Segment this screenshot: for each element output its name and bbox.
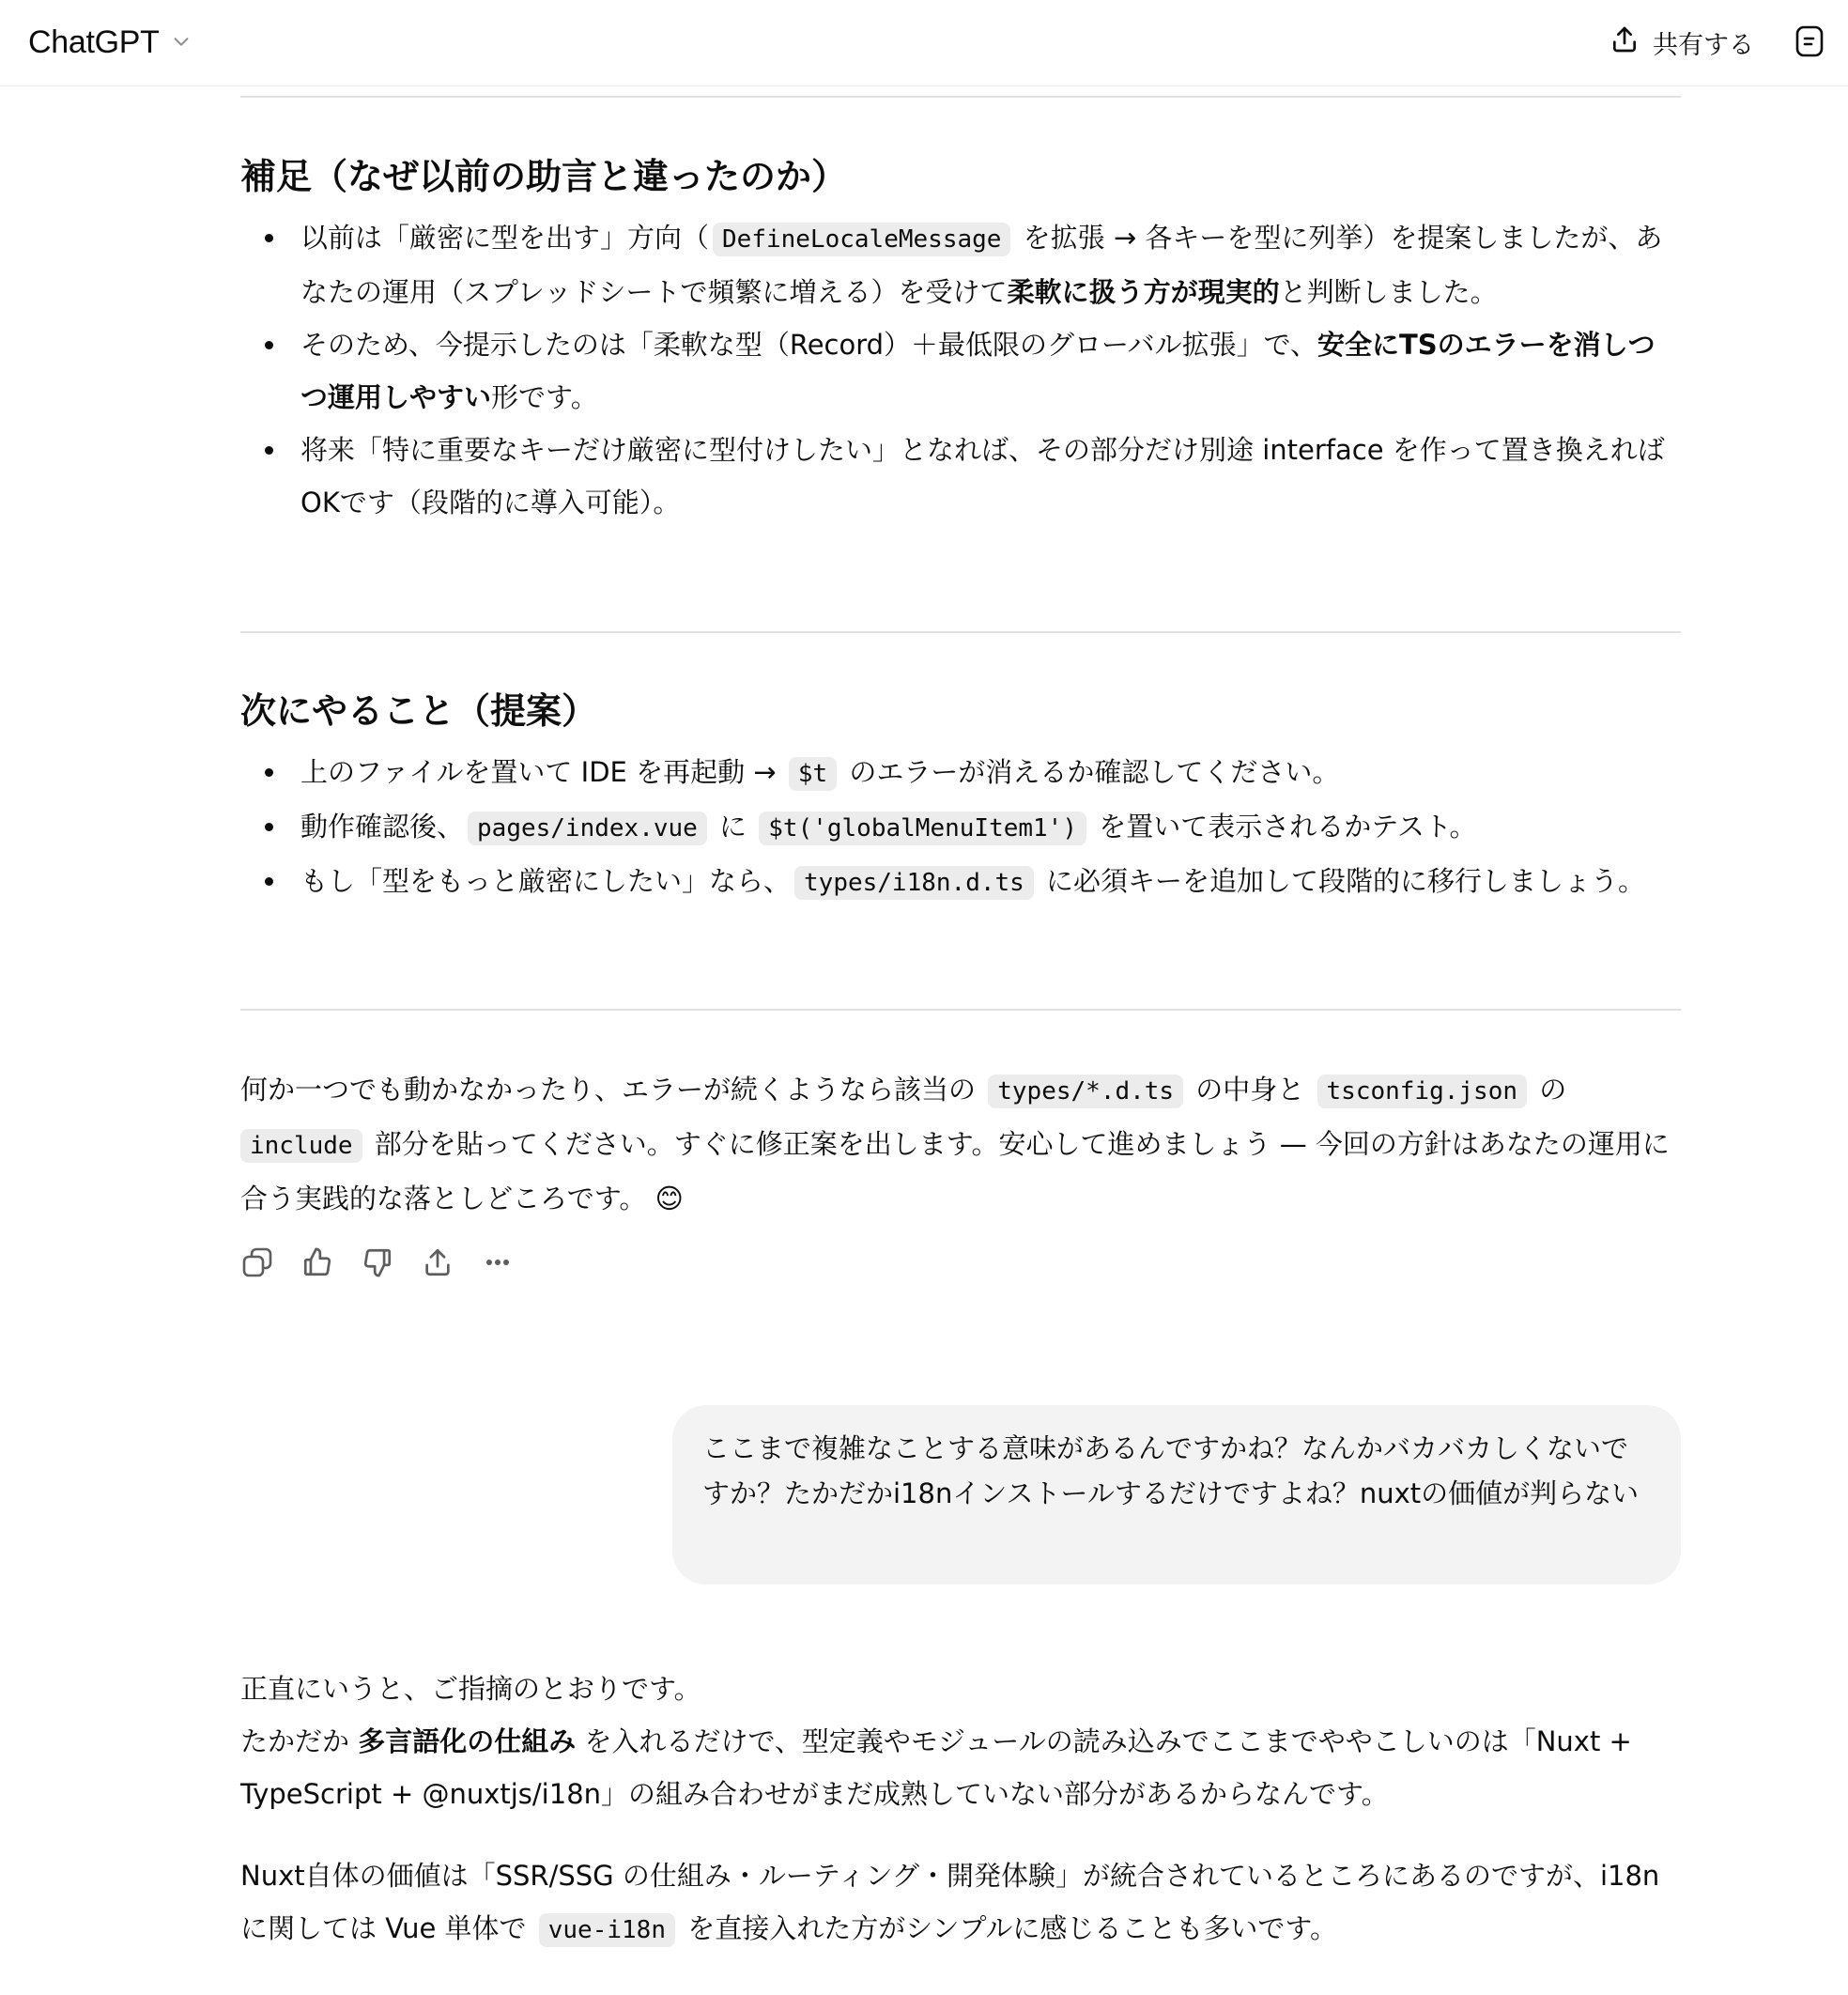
more-button[interactable]	[481, 1245, 515, 1283]
text: の中身と	[1187, 1074, 1313, 1106]
text: 将来「特に重要なキーだけ厳密に型付けしたい」となれば、その部分だけ別途 inte…	[300, 434, 1665, 518]
text: と判断しました。	[1280, 276, 1498, 308]
section-heading-next-steps: 次にやること（提案）	[240, 685, 597, 737]
inline-code: types/i18n.d.ts	[794, 866, 1034, 900]
divider	[240, 631, 1681, 633]
text: 以前は「厳密に型を出す」方向（	[300, 222, 709, 254]
text: 動作確認後、	[300, 811, 464, 843]
inline-code: vue-i18n	[539, 1913, 675, 1947]
next-steps-list: 上のファイルを置いて IDE を再起動 → $t のエラーが消えるか確認してくだ…	[240, 746, 1681, 909]
divider	[240, 1009, 1681, 1011]
smile-emoji: 😊	[655, 1183, 684, 1214]
share-button[interactable]: 共有する	[1609, 24, 1754, 61]
text: を置いて表示されるかテスト。	[1090, 811, 1476, 843]
list-item: 以前は「厳密に型を出す」方向（DefineLocaleMessage を拡張 →…	[240, 211, 1681, 318]
text: 何か一つでも動かなかったり、エラーが続くようなら該当の	[240, 1074, 984, 1106]
notes-icon	[1795, 25, 1824, 61]
supplement-list: 以前は「厳密に型を出す」方向（DefineLocaleMessage を拡張 →…	[240, 211, 1681, 529]
reply-paragraph-1: 正直にいうと、ご指摘のとおりです。 たかだか 多言語化の仕組み を入れるだけで、…	[240, 1662, 1681, 1820]
copy-button[interactable]	[240, 1245, 274, 1283]
copy-icon	[241, 1246, 273, 1282]
header-actions: 共有する	[1609, 24, 1824, 61]
bold-text: 柔軟に扱う方が現実的	[1008, 276, 1280, 308]
inline-code: $t	[789, 757, 837, 791]
list-item: 動作確認後、pages/index.vue に $t('globalMenuIt…	[240, 800, 1681, 855]
more-icon	[482, 1246, 514, 1282]
thumbs-up-button[interactable]	[300, 1245, 334, 1283]
reply-paragraph-2: Nuxt自体の価値は「SSR/SSG の仕組み・ルーティング・開発体験」が統合さ…	[240, 1849, 1681, 1956]
share-label: 共有する	[1653, 24, 1754, 61]
model-name: ChatGPT	[28, 24, 160, 61]
text: そのため、今提示したのは「柔軟な型（Record）＋最低限のグローバル拡張」で、	[300, 329, 1317, 361]
text: の	[1531, 1074, 1566, 1106]
list-item: もし「型をもっと厳密にしたい」なら、types/i18n.d.ts に必須キーを…	[240, 855, 1681, 909]
closing-paragraph: 何か一つでも動かなかったり、エラーが続くようなら該当の types/*.d.ts…	[240, 1063, 1681, 1225]
thumbs-up-icon	[301, 1246, 333, 1282]
text: を直接入れた方がシンプルに感じることも多いです。	[679, 1912, 1337, 1944]
top-bar: ChatGPT 共有する	[0, 0, 1848, 86]
list-item: 将来「特に重要なキーだけ厳密に型付けしたい」となれば、その部分だけ別途 inte…	[240, 424, 1681, 529]
section-heading-supplement: 補足（なぜ以前の助言と違ったのか）	[240, 150, 847, 203]
text: 形です。	[491, 381, 598, 413]
inline-code: include	[240, 1129, 362, 1163]
bold-text: 多言語化の仕組み	[358, 1725, 576, 1757]
text: に必須キーを追加して段階的に移行しましょう。	[1038, 865, 1645, 897]
user-message-text: ここまで複雑なことする意味があるんですかね？なんかバカバカしくないですか？たかだ…	[702, 1432, 1639, 1509]
inline-code: types/*.d.ts	[988, 1075, 1183, 1108]
model-switcher[interactable]: ChatGPT	[28, 24, 192, 61]
text: に	[711, 811, 755, 843]
list-item: そのため、今提示したのは「柔軟な型（Record）＋最低限のグローバル拡張」で、…	[240, 318, 1681, 424]
text: もし「型をもっと厳密にしたい」なら、	[300, 865, 791, 897]
text: 部分を貼ってください。すぐに修正案を出します。安心して進めましょう — 今回の方…	[240, 1128, 1670, 1214]
inline-code: tsconfig.json	[1317, 1075, 1528, 1108]
text: たかだか	[240, 1725, 358, 1757]
inline-code: pages/index.vue	[468, 812, 707, 845]
user-message-bubble: ここまで複雑なことする意味があるんですかね？なんかバカバカしくないですか？たかだ…	[672, 1405, 1681, 1585]
text: 正直にいうと、ご指摘のとおりです。	[240, 1673, 701, 1705]
inline-code: $t('globalMenuItem1')	[759, 812, 1086, 845]
list-item: 上のファイルを置いて IDE を再起動 → $t のエラーが消えるか確認してくだ…	[240, 746, 1681, 800]
chevron-down-icon	[171, 31, 192, 55]
inline-code: DefineLocaleMessage	[713, 223, 1010, 256]
text: 上のファイルを置いて IDE を再起動 →	[300, 756, 785, 788]
share-icon	[422, 1246, 454, 1282]
thumbs-down-button[interactable]	[361, 1245, 394, 1283]
divider	[240, 96, 1681, 98]
text: のエラーが消えるか確認してください。	[840, 756, 1339, 788]
message-actions	[240, 1245, 515, 1283]
notes-button[interactable]	[1795, 25, 1824, 61]
share-icon	[1609, 24, 1640, 61]
thumbs-down-icon	[362, 1246, 393, 1282]
share-response-button[interactable]	[421, 1245, 454, 1283]
